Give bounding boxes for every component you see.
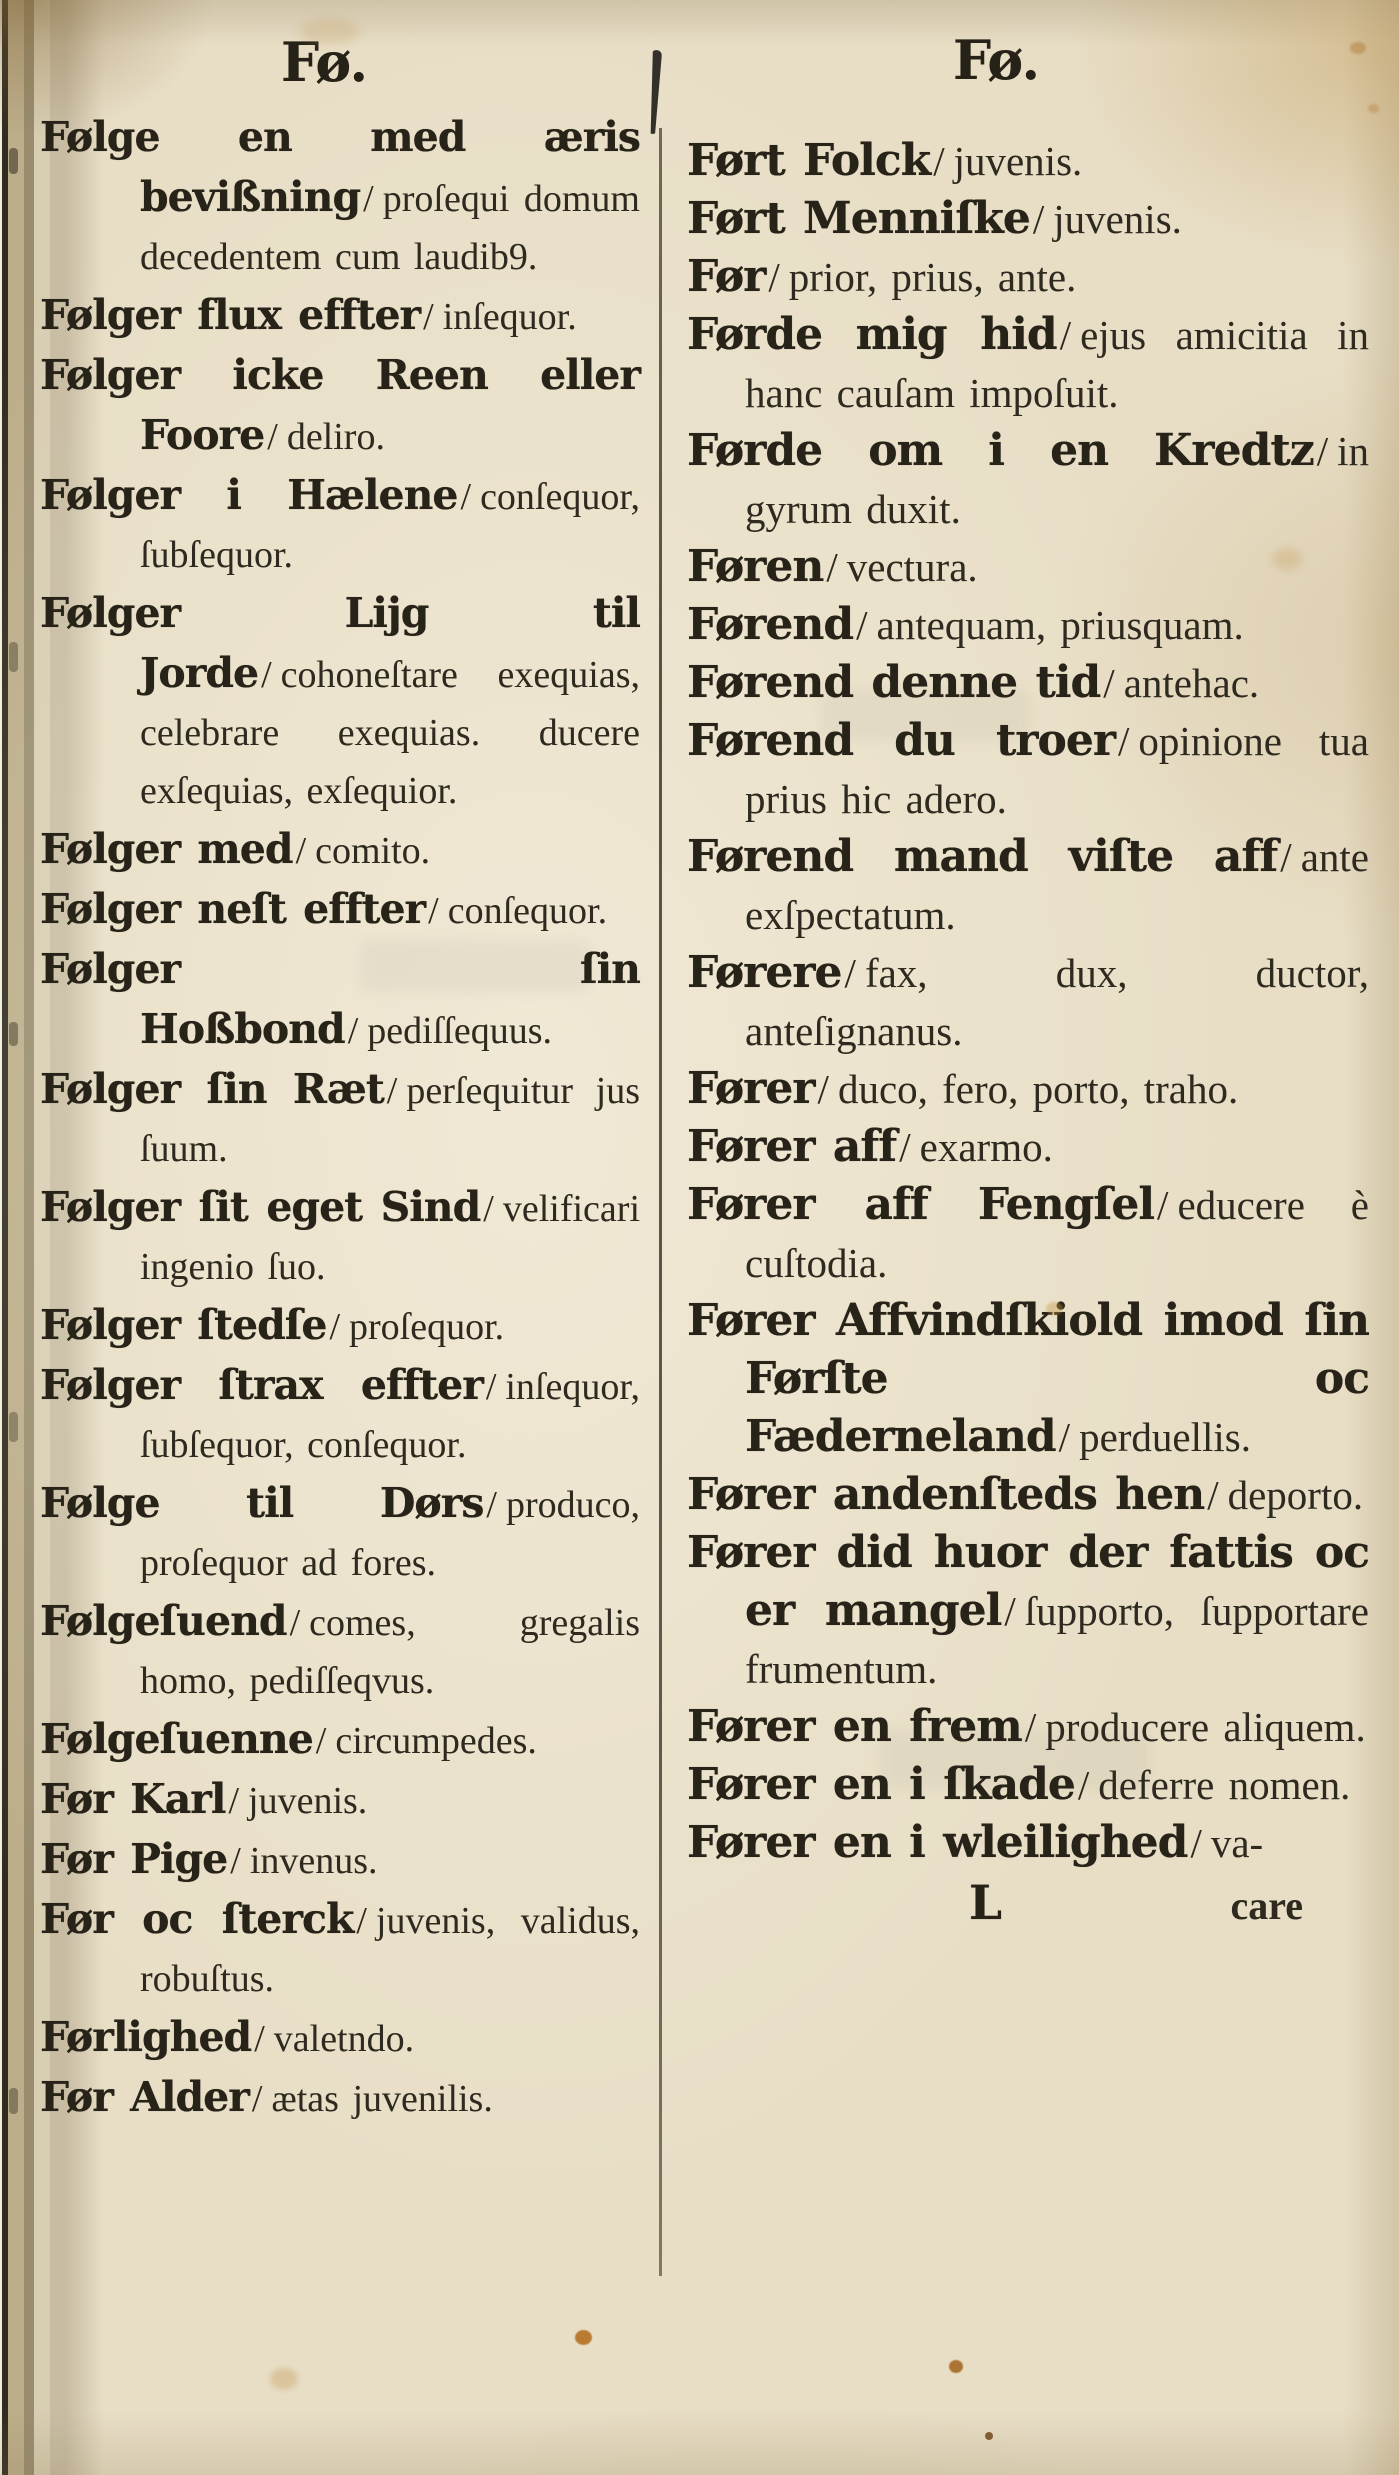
dictionary-entry: Ført Folck/juvenis. [687, 132, 1369, 190]
entry-headword-danish: Før [687, 251, 765, 302]
dictionary-entry: Følge til Dørs/produco, proſequor ad for… [40, 1474, 640, 1592]
dictionary-entry: Følger neſt effter/conſequor. [40, 880, 640, 940]
entry-headword-danish: Ført Folck [687, 135, 930, 186]
entry-headword-danish: Førde om i en Kredtz [687, 425, 1314, 476]
right-column-entries: Ført Folck/juvenis.Ført Menniſke/juvenis… [687, 132, 1369, 1872]
entry-separator: / [1033, 196, 1044, 242]
entry-latin-gloss: juvenis. [248, 1780, 367, 1822]
left-column-entries: Følge en med æris bevißning/proſequi dom… [40, 108, 640, 2128]
entry-headword-danish: Førend [687, 599, 853, 650]
entry-separator: / [1280, 834, 1291, 880]
entry-separator: / [1157, 1182, 1168, 1228]
entry-latin-gloss: deporto. [1228, 1472, 1364, 1518]
dictionary-entry: Følgeſuenne/circumpedes. [40, 1710, 640, 1770]
entry-separator: / [252, 2078, 263, 2120]
foxing-stain [949, 2360, 963, 2373]
entry-headword-danish: Fører en frem [687, 1701, 1022, 1752]
dictionary-entry: Før Karl/juvenis. [40, 1770, 640, 1830]
entry-separator: / [933, 138, 944, 184]
entry-headword-danish: Følger neſt effter [40, 885, 425, 933]
entry-headword-danish: Følger flux effter [40, 291, 420, 339]
entry-headword-danish: Før Karl [40, 1775, 225, 1823]
entry-latin-gloss: proſequor. [349, 1306, 504, 1348]
entry-separator: / [228, 1780, 239, 1822]
dictionary-entry: Før oc ſterck/juvenis, validus, robuſtus… [40, 1890, 640, 2008]
entry-separator: / [1059, 1414, 1070, 1460]
dictionary-entry: Fører did huor der fattis oc er mangel/ſ… [687, 1524, 1369, 1698]
binding-mark [9, 2088, 18, 2114]
dictionary-entry: Følge en med æris bevißning/proſequi dom… [40, 108, 640, 286]
entry-latin-gloss: duco, fero, porto, traho. [838, 1066, 1238, 1112]
running-head-right: Fø. [655, 28, 1337, 92]
entry-latin-gloss: pediſſequus. [367, 1010, 552, 1052]
entry-separator: / [1060, 312, 1071, 358]
dictionary-entry: Førend denne tid/antehac. [687, 654, 1369, 712]
catchword: care [1230, 1882, 1303, 1929]
dictionary-entry: Førere/fax, dux, ductor, anteſignanus. [687, 944, 1369, 1060]
dictionary-entry: Følger icke Reen eller Foore/deliro. [40, 346, 640, 466]
entry-latin-gloss: inſequor. [443, 296, 577, 338]
entry-headword-danish: Fører en i ſkade [687, 1759, 1075, 1810]
dictionary-entry: Førend/antequam, priusquam. [687, 596, 1369, 654]
dictionary-entry: Fører/duco, fero, porto, traho. [687, 1060, 1369, 1118]
entry-latin-gloss: va- [1211, 1820, 1263, 1866]
entry-headword-danish: Følger ſtedſe [40, 1301, 326, 1349]
entry-headword-danish: Førend du troer [687, 715, 1115, 766]
entry-headword-danish: Følge til Dørs [40, 1479, 483, 1527]
entry-separator: / [1078, 1762, 1089, 1808]
dictionary-entry: Følger ſtrax effter/inſequor, ſubſequor,… [40, 1356, 640, 1474]
entry-separator: / [1207, 1472, 1218, 1518]
entry-separator: / [486, 1484, 497, 1526]
binding-mark [9, 642, 18, 672]
book-page: Fø. Følge en med æris bevißning/proſequi… [0, 0, 1399, 2475]
entry-latin-gloss: invenus. [250, 1840, 378, 1882]
dictionary-entry: Føren/vectura. [687, 538, 1369, 596]
entry-separator: / [483, 1188, 494, 1230]
foxing-stain [985, 2432, 993, 2440]
dictionary-entry: Fører aff Fengſel/educere è cuſtodia. [687, 1176, 1369, 1292]
foxing-stain [1368, 104, 1379, 113]
entry-separator: / [486, 1366, 497, 1408]
dictionary-entry: Førend mand viſte aff/ante exſpectatum. [687, 828, 1369, 944]
entry-latin-gloss: juvenis. [1053, 196, 1182, 242]
entry-headword-danish: Føren [687, 541, 823, 592]
column-divider-rule [659, 128, 662, 2276]
dictionary-entry: Følger flux effter/inſequor. [40, 286, 640, 346]
foxing-stain [1272, 548, 1302, 570]
right-column: Fø. Ført Folck/juvenis.Ført Menniſke/juv… [687, 28, 1369, 1931]
entry-latin-gloss: juvenis. [954, 138, 1083, 184]
dictionary-entry: Fører aff/exarmo. [687, 1118, 1369, 1176]
entry-separator: / [845, 950, 856, 996]
entry-headword-danish: Førend mand viſte aff [687, 831, 1277, 882]
foxing-stain [300, 18, 360, 44]
entry-latin-gloss: circumpedes. [335, 1720, 537, 1762]
signature-line: L care [687, 1876, 1369, 1931]
dictionary-entry: Følger ſin Ræt/perſequitur jus ſuum. [40, 1060, 640, 1178]
entry-headword-danish: Fører aff Fengſel [687, 1179, 1154, 1230]
entry-separator: / [818, 1066, 829, 1112]
entry-latin-gloss: conſequor. [448, 890, 607, 932]
entry-latin-gloss: exarmo. [920, 1124, 1053, 1170]
entry-separator: / [290, 1602, 301, 1644]
entry-separator: / [826, 544, 837, 590]
entry-separator: / [296, 830, 307, 872]
entry-latin-gloss: valetndo. [274, 2018, 414, 2060]
entry-separator: / [1004, 1588, 1015, 1634]
binding-mark [9, 148, 18, 174]
binding-mark [9, 1412, 18, 1442]
entry-headword-danish: Ført Menniſke [687, 193, 1030, 244]
dictionary-entry: Følger i Hælene/conſequor, ſubſequor. [40, 466, 640, 584]
entry-headword-danish: Fører Affvindſkiold imod ſin Førſte oc F… [687, 1295, 1369, 1462]
dictionary-entry: Følger Lijg til Jorde/cohoneſtare exequi… [40, 584, 640, 820]
entry-headword-danish: Fører andenſteds hen [687, 1469, 1204, 1520]
entry-headword-danish: Følger med [40, 825, 293, 873]
entry-headword-danish: Følger i Hælene [40, 471, 458, 519]
entry-headword-danish: Før Alder [40, 2073, 249, 2121]
entry-separator: / [356, 1900, 367, 1942]
entry-latin-gloss: deliro. [287, 416, 385, 458]
entry-latin-gloss: antehac. [1124, 660, 1259, 706]
entry-latin-gloss: comito. [315, 830, 430, 872]
dictionary-entry: Førend du troer/opinione tua prius hic a… [687, 712, 1369, 828]
entry-headword-danish: Førend denne tid [687, 657, 1100, 708]
entry-separator: / [329, 1306, 340, 1348]
entry-headword-danish: Førlighed [40, 2013, 251, 2061]
entry-headword-danish: Følger ſtrax effter [40, 1361, 483, 1409]
entry-latin-gloss: deferre nomen. [1098, 1762, 1350, 1808]
dictionary-entry: Fører en i wleilighed/va- [687, 1814, 1369, 1872]
entry-latin-gloss: ætas juvenilis. [271, 2078, 492, 2120]
dictionary-entry: Følger ſit eget Sind/velificari ingenio … [40, 1178, 640, 1296]
entry-separator: / [267, 416, 278, 458]
dictionary-entry: Førlighed/valetndo. [40, 2008, 640, 2068]
entry-separator: / [856, 602, 867, 648]
entry-headword-danish: Førere [687, 947, 842, 998]
entry-separator: / [1190, 1820, 1201, 1866]
dictionary-entry: Førde mig hid/ejus amicitia in hanc cauſ… [687, 306, 1369, 422]
dictionary-entry: Førde om i en Kredtz/in gyrum duxit. [687, 422, 1369, 538]
entry-headword-danish: Følger ſin Ræt [40, 1065, 384, 1113]
binding-mark [9, 1022, 18, 1046]
entry-separator: / [1103, 660, 1114, 706]
dictionary-entry: Følger ſin Hoßbond/pediſſequus. [40, 940, 640, 1060]
entry-latin-gloss: prior, prius, ante. [789, 254, 1077, 300]
dictionary-entry: Følgeſuend/comes, gregalis homo, pediſſe… [40, 1592, 640, 1710]
dictionary-entry: Ført Menniſke/juvenis. [687, 190, 1369, 248]
entry-headword-danish: Fører aff [687, 1121, 896, 1172]
entry-headword-danish: Følger ſit eget Sind [40, 1183, 480, 1231]
entry-headword-danish: Fører en i wleilighed [687, 1817, 1187, 1868]
dictionary-entry: Følger med/comito. [40, 820, 640, 880]
dictionary-entry: Følger ſtedſe/proſequor. [40, 1296, 640, 1356]
dictionary-entry: Fører en frem/producere aliquem. [687, 1698, 1369, 1756]
dictionary-entry: Før Pige/invenus. [40, 1830, 640, 1890]
dictionary-entry: Fører en i ſkade/deferre nomen. [687, 1756, 1369, 1814]
entry-separator: / [461, 476, 472, 518]
entry-separator: / [1118, 718, 1129, 764]
gathering-signature-mark: L [969, 1876, 1002, 1931]
entry-separator: / [230, 1840, 241, 1882]
foxing-stain [575, 2330, 592, 2345]
entry-headword-danish: Fører [687, 1063, 815, 1114]
entry-separator: / [348, 1010, 359, 1052]
entry-separator: / [1025, 1704, 1036, 1750]
entry-latin-gloss: antequam, priusquam. [877, 602, 1244, 648]
entry-headword-danish: Før oc ſterck [40, 1895, 353, 1943]
foxing-stain [1046, 1302, 1063, 1315]
entry-separator: / [254, 2018, 265, 2060]
entry-latin-gloss: producere aliquem. [1045, 1704, 1365, 1750]
entry-separator: / [363, 178, 374, 220]
entry-separator: / [316, 1720, 327, 1762]
entry-separator: / [387, 1070, 398, 1112]
entry-separator: / [1317, 428, 1328, 474]
dictionary-entry: Fører Affvindſkiold imod ſin Førſte oc F… [687, 1292, 1369, 1466]
dictionary-entry: Fører andenſteds hen/deporto. [687, 1466, 1369, 1524]
entry-separator: / [899, 1124, 910, 1170]
dictionary-entry: Før/prior, prius, ante. [687, 248, 1369, 306]
entry-separator: / [423, 296, 434, 338]
foxing-stain [1350, 42, 1366, 54]
entry-latin-gloss: perduellis. [1079, 1414, 1251, 1460]
entry-headword-danish: Før Pige [40, 1835, 227, 1883]
entry-headword-danish: Førde mig hid [687, 309, 1057, 360]
entry-separator: / [261, 654, 272, 696]
dictionary-entry: Før Alder/ætas juvenilis. [40, 2068, 640, 2128]
entry-headword-danish: Følgeſuend [40, 1597, 287, 1645]
entry-separator: / [768, 254, 779, 300]
entry-separator: / [428, 890, 439, 932]
left-column: Fø. Følge en med æris bevißning/proſequi… [40, 30, 640, 2128]
foxing-stain [270, 2368, 298, 2390]
entry-latin-gloss: vectura. [847, 544, 978, 590]
entry-headword-danish: Følgeſuenne [40, 1715, 313, 1763]
